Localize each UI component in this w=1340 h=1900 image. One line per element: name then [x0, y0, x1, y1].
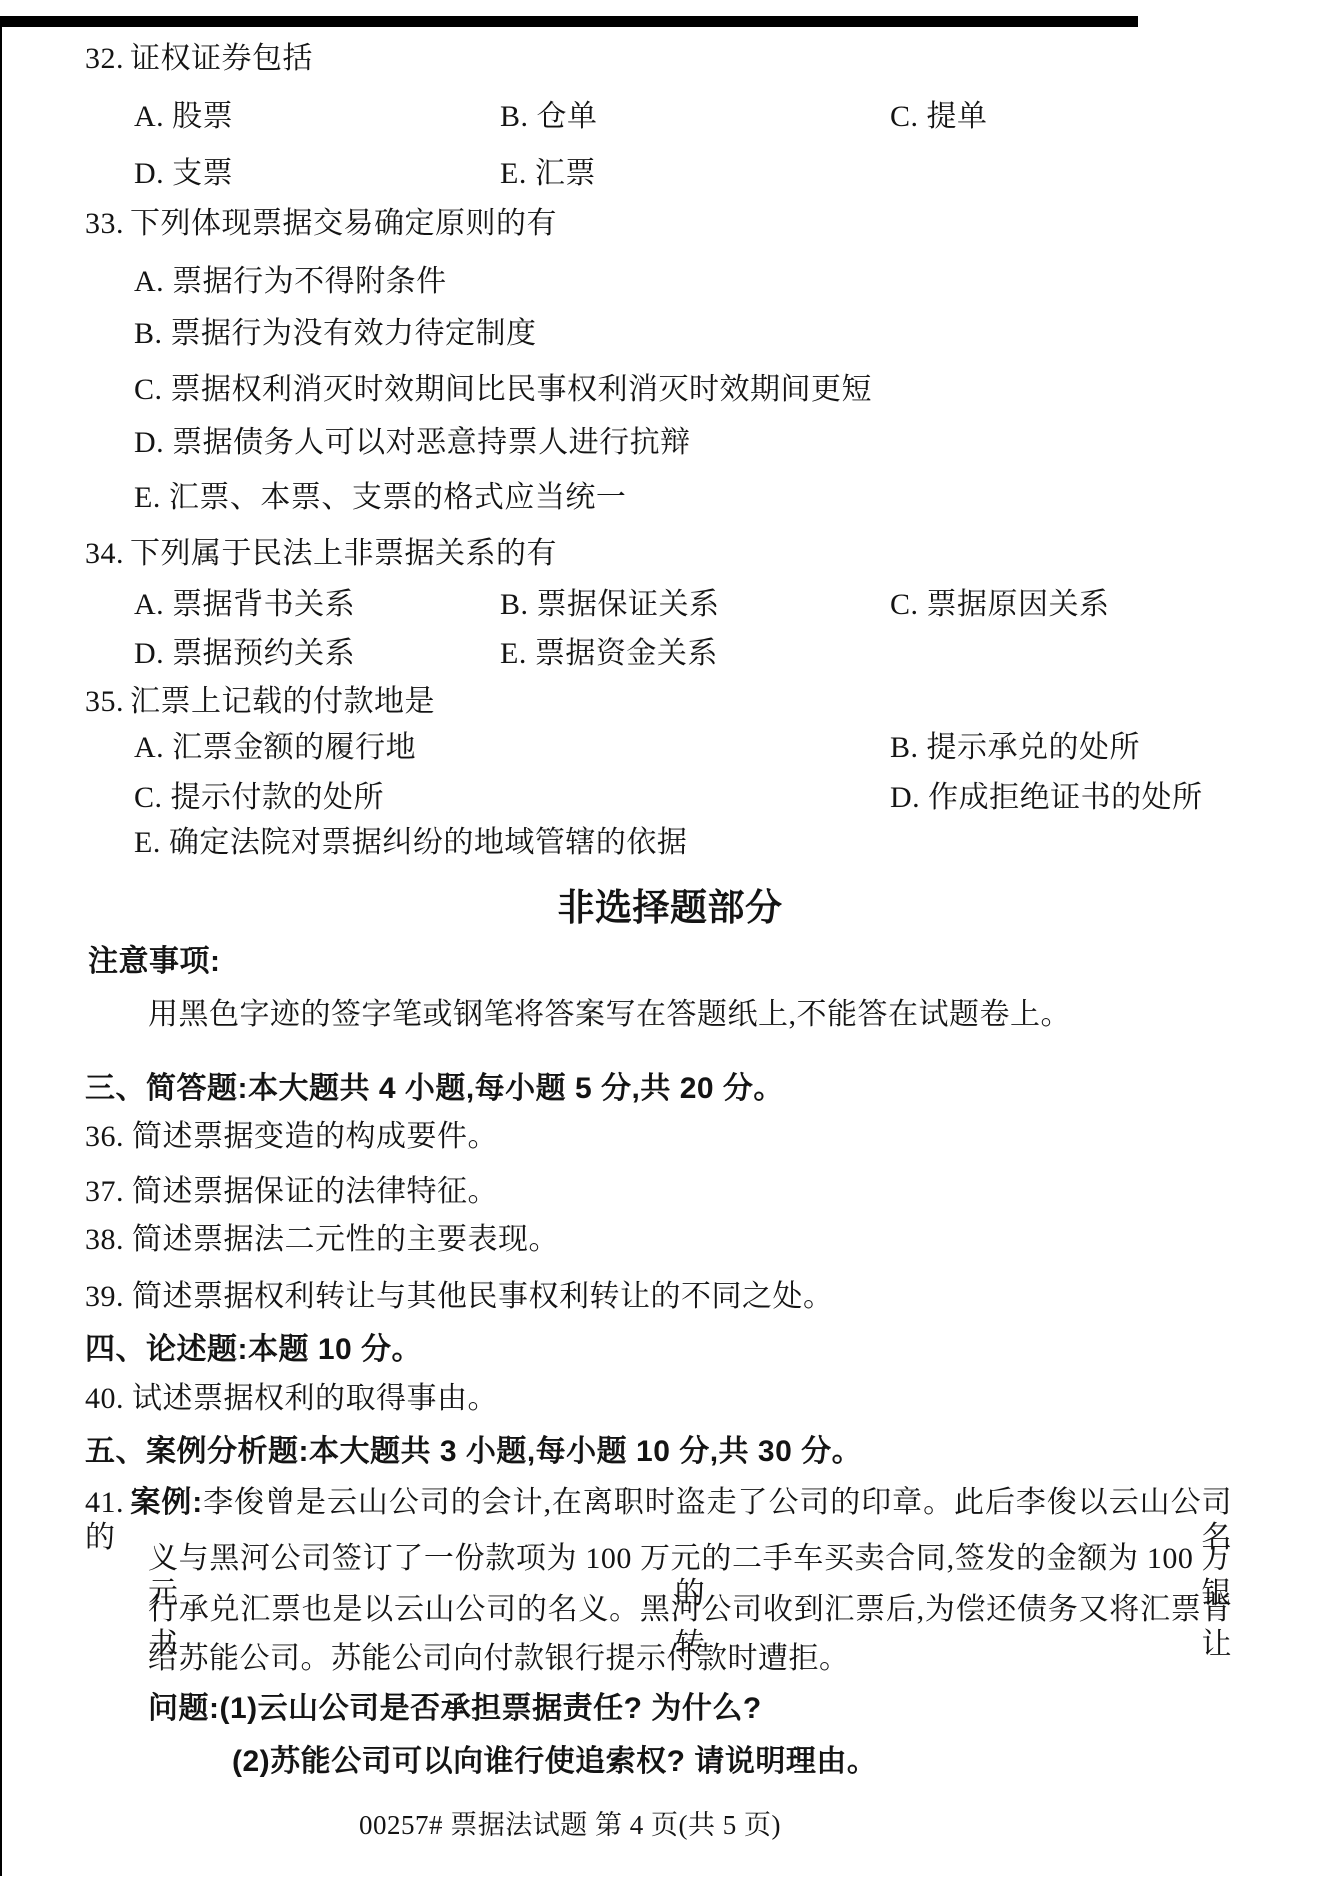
question-35-stem: 35.汇票上记载的付款地是	[85, 685, 435, 720]
question-34-stem: 34.下列属于民法上非票据关系的有	[85, 537, 557, 572]
question-33-option-a: A. 票据行为不得附条件	[134, 265, 447, 300]
scan-artifact-left-edge	[0, 16, 2, 1876]
question-41-sub-question-1: 问题:(1)云山公司是否承担票据责任? 为什么?	[148, 1692, 762, 1727]
question-35-option-a: A. 汇票金额的履行地	[134, 731, 416, 766]
question-33-number: 33.	[85, 207, 124, 240]
question-35-option-e: E. 确定法院对票据纠纷的地域管辖的依据	[134, 826, 687, 861]
question-33-option-b: B. 票据行为没有效力待定制度	[134, 317, 537, 352]
question-33-option-c: C. 票据权利消灭时效期间比民事权利消灭时效期间更短	[134, 373, 872, 408]
question-34-option-b: B. 票据保证关系	[500, 588, 720, 623]
question-32-option-a: A. 股票	[134, 100, 233, 135]
question-33-option-d: D. 票据债务人可以对恶意持票人进行抗辩	[134, 426, 691, 461]
scan-artifact-top-bar	[0, 16, 1138, 27]
section-4-title: 四、论述题:本题 10 分。	[85, 1333, 422, 1368]
question-40: 40. 试述票据权利的取得事由。	[85, 1382, 498, 1417]
question-41-line-4: 给苏能公司。苏能公司向付款银行提示付款时遭拒。	[148, 1642, 850, 1677]
question-41-sub-1-text: (1)云山公司是否承担票据责任? 为什么?	[220, 1692, 762, 1725]
question-34-number: 34.	[85, 537, 124, 570]
question-34-text: 下列属于民法上非票据关系的有	[130, 537, 557, 570]
question-35-number: 35.	[85, 685, 124, 718]
question-35-option-b: B. 提示承兑的处所	[890, 731, 1140, 766]
question-32-option-e: E. 汇票	[500, 157, 596, 192]
question-41-case-label: 案例:	[130, 1486, 203, 1519]
question-33-option-e: E. 汇票、本票、支票的格式应当统一	[134, 481, 626, 516]
question-34-option-a: A. 票据背书关系	[134, 588, 355, 623]
question-35-text: 汇票上记载的付款地是	[130, 685, 435, 718]
question-33-stem: 33.下列体现票据交易确定原则的有	[85, 207, 557, 242]
question-34-option-c: C. 票据原因关系	[890, 588, 1110, 623]
question-41-number: 41.	[85, 1486, 124, 1519]
question-32-option-c: C. 提单	[890, 100, 988, 135]
question-34-option-e: E. 票据资金关系	[500, 637, 718, 672]
question-33-text: 下列体现票据交易确定原则的有	[130, 207, 557, 240]
question-36: 36. 简述票据变造的构成要件。	[85, 1120, 498, 1155]
question-32-number: 32.	[85, 42, 124, 75]
question-37: 37. 简述票据保证的法律特征。	[85, 1175, 498, 1210]
question-32-option-d: D. 支票	[134, 157, 233, 192]
question-35-option-c: C. 提示付款的处所	[134, 781, 384, 816]
section-heading-non-mcq: 非选择题部分	[0, 887, 1340, 930]
question-41-question-label: 问题:	[148, 1692, 220, 1725]
question-35-option-d: D. 作成拒绝证书的处所	[890, 781, 1203, 816]
notice-body: 用黑色字迹的签字笔或钢笔将答案写在答题纸上,不能答在试题卷上。	[148, 998, 1071, 1033]
section-5-title: 五、案例分析题:本大题共 3 小题,每小题 10 分,共 30 分。	[85, 1435, 862, 1470]
exam-page: 32.证权证券包括 A. 股票 B. 仓单 C. 提单 D. 支票 E. 汇票 …	[0, 0, 1340, 1900]
question-32-option-b: B. 仓单	[500, 100, 598, 135]
question-34-option-d: D. 票据预约关系	[134, 637, 355, 672]
question-41-sub-question-2: (2)苏能公司可以向谁行使追索权? 请说明理由。	[232, 1745, 877, 1780]
question-32-stem: 32.证权证券包括	[85, 42, 313, 77]
page-footer: 00257# 票据法试题 第 4 页(共 5 页)	[0, 1810, 1140, 1841]
section-3-title: 三、简答题:本大题共 4 小题,每小题 5 分,共 20 分。	[85, 1072, 784, 1107]
question-32-text: 证权证券包括	[130, 42, 313, 75]
question-39: 39. 简述票据权利转让与其他民事权利转让的不同之处。	[85, 1280, 834, 1315]
notice-title: 注意事项:	[88, 945, 221, 980]
question-38: 38. 简述票据法二元性的主要表现。	[85, 1223, 559, 1258]
